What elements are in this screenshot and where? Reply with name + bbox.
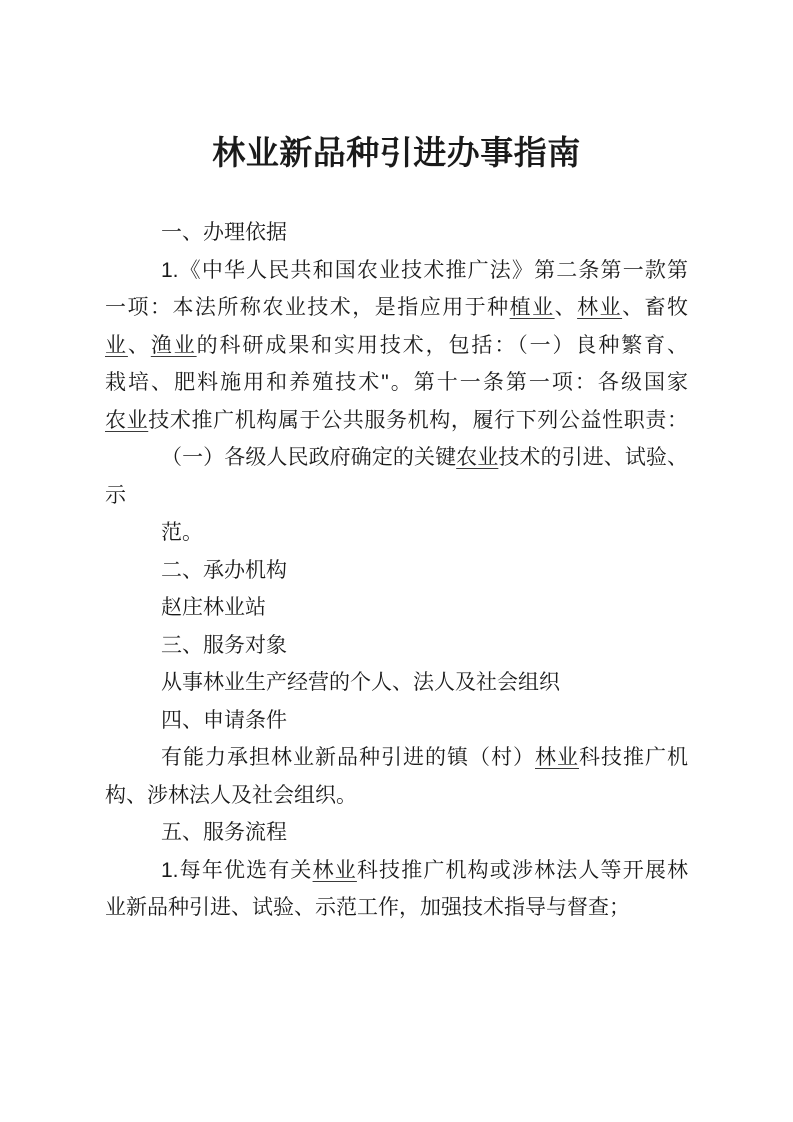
text-run: 科技推广机构或涉林法人等开展林 xyxy=(357,859,688,882)
section-heading-2: 二、承办机构 xyxy=(105,552,688,590)
underlined-text-run: 林业 xyxy=(535,746,579,769)
text-line: 构、涉林法人及社会组织。 xyxy=(105,777,688,815)
text-run: 构、涉林法人及社会组织。 xyxy=(105,784,357,807)
underlined-text-run: 农业 xyxy=(105,409,148,432)
text-run: 、 xyxy=(128,334,151,357)
underlined-text-run: 农业 xyxy=(456,446,498,469)
section-heading-5: 五、服务流程 xyxy=(105,814,688,852)
text-run: 有能力承担林业新品种引进的镇（村） xyxy=(161,746,535,769)
text-run: 1.《中华人民共和国农业技术推广法》第二条第一款第 xyxy=(161,259,688,282)
underlined-text-run: 植业 xyxy=(510,296,555,319)
document-page: 林业新品种引进办事指南 一、办理依据 1.《中华人民共和国农业技术推广法》第二条… xyxy=(0,0,793,1122)
text-run: 范。 xyxy=(161,521,203,544)
text-line: 范。 xyxy=(105,514,688,552)
underlined-text-run: 林业 xyxy=(577,296,622,319)
text-line: 业、渔业的科研成果和实用技术，包括：（一）良种繁育、 xyxy=(105,327,688,365)
text-run: 三、服务对象 xyxy=(161,634,287,657)
section-heading-4: 四、申请条件 xyxy=(105,702,688,740)
text-line: 农业技术推广机构属于公共服务机构，履行下列公益性职责： xyxy=(105,402,688,440)
text-run: 技术推广机构属于公共服务机构，履行下列公益性职责： xyxy=(148,409,688,432)
underlined-text-run: 林业 xyxy=(313,859,357,882)
text-run: 五、服务流程 xyxy=(161,821,287,844)
text-run: 、 xyxy=(555,296,577,319)
text-run: 业新品种引进、试验、示范工作，加强技术指导与督查； xyxy=(105,896,630,919)
text-run: 的科研成果和实用技术，包括：（一）良种繁育、 xyxy=(197,334,688,357)
text-run: 技术的引进、试验、 xyxy=(498,446,688,469)
text-run: 栽培、肥料施用和养殖技术"。第十一条第一项：各级国家 xyxy=(105,371,688,394)
text-line: 示 xyxy=(105,477,688,515)
text-run: 科技推广机 xyxy=(579,746,688,769)
text-line: 业新品种引进、试验、示范工作，加强技术指导与督查； xyxy=(105,889,688,927)
section-heading-1: 一、办理依据 xyxy=(105,214,688,252)
text-run: 一项：本法所称农业技术，是指应用于种 xyxy=(105,296,510,319)
text-run: （一）各级人民政府确定的关键 xyxy=(161,446,456,469)
text-run: 示 xyxy=(105,484,126,507)
text-line: 有能力承担林业新品种引进的镇（村）林业科技推广机 xyxy=(105,739,688,777)
text-line: 1.每年优选有关林业科技推广机构或涉林法人等开展林 xyxy=(105,852,688,890)
text-run: 赵庄林业站 xyxy=(161,596,266,619)
text-line: 从事林业生产经营的个人、法人及社会组织 xyxy=(105,664,688,702)
text-run: 、畜牧 xyxy=(622,296,688,319)
document-body: 一、办理依据 1.《中华人民共和国农业技术推广法》第二条第一款第 一项：本法所称… xyxy=(105,214,688,927)
text-run: 二、承办机构 xyxy=(161,559,287,582)
text-line: （一）各级人民政府确定的关键农业技术的引进、试验、 xyxy=(105,439,688,477)
text-line: 栽培、肥料施用和养殖技术"。第十一条第一项：各级国家 xyxy=(105,364,688,402)
text-line: 赵庄林业站 xyxy=(105,589,688,627)
document-title: 林业新品种引进办事指南 xyxy=(0,133,793,173)
section-heading-3: 三、服务对象 xyxy=(105,627,688,665)
text-run: 四、申请条件 xyxy=(161,709,287,732)
text-line: 1.《中华人民共和国农业技术推广法》第二条第一款第 xyxy=(105,252,688,290)
text-run: 1.每年优选有关 xyxy=(161,859,313,882)
text-line: 一项：本法所称农业技术，是指应用于种植业、林业、畜牧 xyxy=(105,289,688,327)
underlined-text-run: 业 xyxy=(105,334,128,357)
text-run: 从事林业生产经营的个人、法人及社会组织 xyxy=(161,671,560,694)
text-run: 一、办理依据 xyxy=(161,221,287,244)
underlined-text-run: 渔业 xyxy=(151,334,197,357)
